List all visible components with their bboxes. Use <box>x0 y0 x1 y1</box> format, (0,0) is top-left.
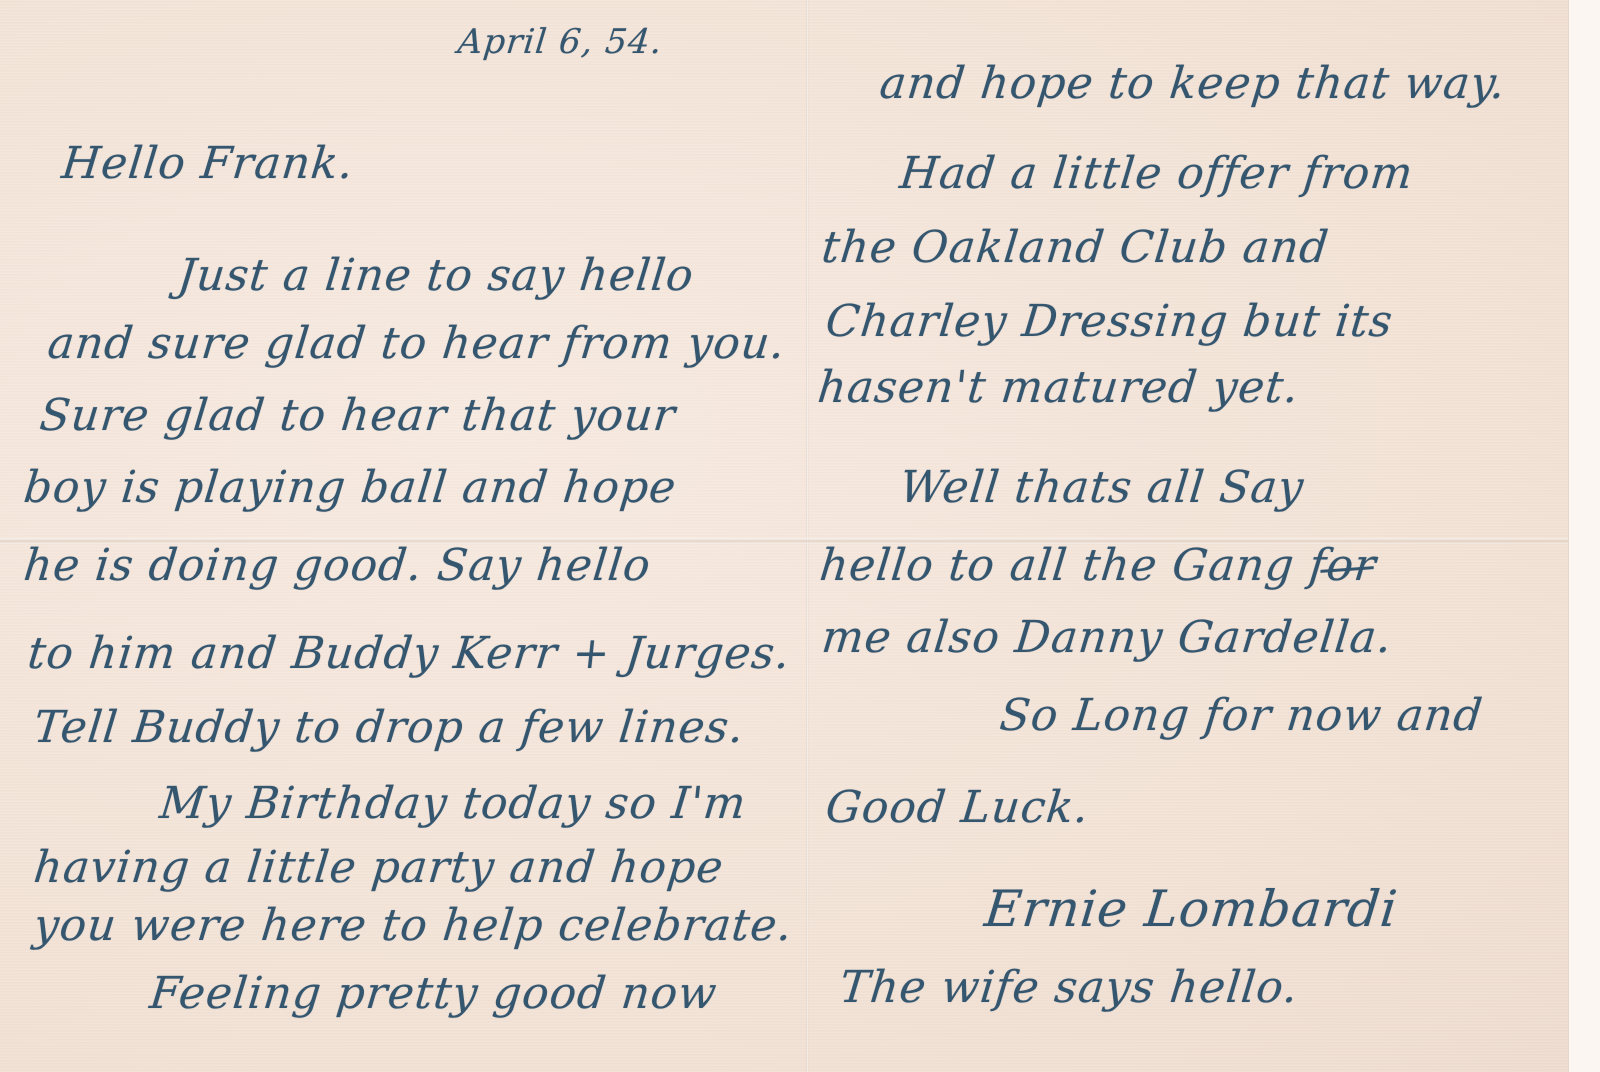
right-line-2: Had a little offer from <box>897 148 1416 199</box>
left-line-5: he is doing good. Say hello <box>21 540 653 591</box>
left-line-8: My Birthday today so I'm <box>157 778 749 829</box>
left-line-11: Feeling pretty good now <box>147 968 719 1019</box>
postscript: The wife says hello. <box>837 962 1301 1013</box>
left-line-2: and sure glad to hear from you. <box>45 318 788 369</box>
right-line-1: and hope to keep that way. <box>877 58 1508 109</box>
left-line-4: boy is playing ball and hope <box>21 462 679 513</box>
right-line-6: Well thats all Say <box>897 462 1306 513</box>
right-line-7-text: hello to all the Gang <box>817 540 1297 591</box>
signature: Ernie Lombardi <box>982 880 1401 938</box>
left-line-6: to him and Buddy Kerr + Jurges. <box>25 628 793 679</box>
letter-sheet: April 6, 54. Hello Frank. Just a line to… <box>0 0 1568 1072</box>
right-line-3: the Oakland Club and <box>819 222 1331 273</box>
right-line-4: Charley Dressing but its <box>823 296 1395 347</box>
right-line-8: me also Danny Gardella. <box>819 612 1394 663</box>
left-line-3: Sure glad to hear that your <box>37 390 678 441</box>
right-line-7: hello to all the Gang for <box>817 540 1379 591</box>
crossed-out-word: for <box>1307 540 1379 591</box>
letter-salutation: Hello Frank. <box>59 138 356 189</box>
left-line-9: having a little party and hope <box>31 842 726 893</box>
letter-date: April 6, 54. <box>456 22 665 62</box>
left-line-1: Just a line to say hello <box>175 250 696 301</box>
vertical-fold-line <box>806 0 809 1072</box>
left-line-7: Tell Buddy to drop a few lines. <box>31 702 747 753</box>
paper-edge <box>1568 0 1600 1072</box>
left-line-10: you were here to help celebrate. <box>31 900 795 951</box>
right-line-5: hasen't matured yet. <box>815 362 1301 413</box>
right-line-9: So Long for now and <box>997 690 1485 741</box>
right-line-10: Good Luck. <box>823 782 1092 833</box>
